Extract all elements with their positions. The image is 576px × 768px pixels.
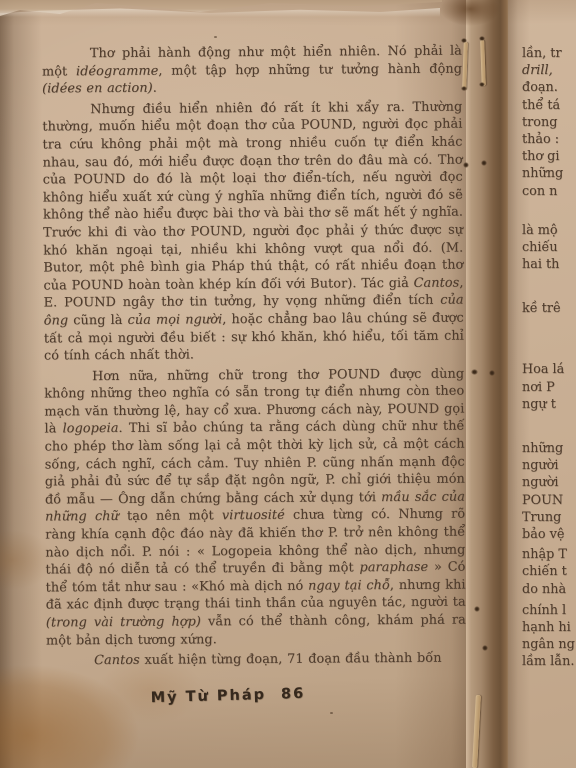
text-segment: , một tập hợp những tư tưởng hành động bbox=[158, 61, 462, 78]
binding-hole bbox=[479, 36, 485, 41]
text-segment: Hoa lá bbox=[522, 362, 564, 377]
text-line: thảo : bbox=[522, 131, 576, 148]
text-line: Hoa lá bbox=[522, 361, 576, 378]
binding-gutter bbox=[466, 0, 510, 768]
text-segment: lầm lẫn. bbox=[522, 654, 574, 669]
text-segment: những bbox=[522, 166, 563, 181]
text-segment: thể tá bbox=[522, 98, 560, 113]
text-line: ngân ng bbox=[522, 636, 576, 653]
binding-hole bbox=[481, 160, 487, 166]
text-line: chiến t bbox=[522, 563, 576, 580]
text-line: thể tá bbox=[522, 97, 576, 114]
paper-speck bbox=[330, 712, 333, 714]
binding-hole bbox=[463, 162, 469, 168]
text-segment: hai th bbox=[522, 257, 559, 272]
text-segment: người bbox=[522, 475, 558, 490]
text-segment: cũng là bbox=[68, 313, 127, 328]
text-segment: . bbox=[153, 81, 157, 96]
text-segment: lần, tr bbox=[522, 46, 562, 61]
text-segment: Nhưng điều hiển nhiên đó rất ít khi xẩy … bbox=[42, 99, 463, 293]
binding-hole bbox=[471, 369, 478, 375]
text-line: hạnh hi bbox=[522, 619, 576, 636]
footer-book-title: Mỹ Từ Pháp bbox=[151, 687, 267, 706]
text-line: người bbox=[522, 457, 576, 474]
book-photo: Thơ phải hành động như một hiển nhiên. N… bbox=[0, 0, 576, 768]
right-page: lần, trdrill,đoạn.thể tátrongthảo :thơ g… bbox=[508, 0, 576, 768]
left-page: Thơ phải hành động như một hiển nhiên. N… bbox=[0, 0, 470, 768]
paper-speck bbox=[62, 158, 64, 160]
text-segment: chiến t bbox=[522, 564, 567, 579]
binding-hole bbox=[489, 370, 495, 376]
italic-text: (trong vài trường hợp) bbox=[46, 614, 201, 630]
binding-hole bbox=[479, 82, 485, 87]
text-line: người bbox=[522, 474, 576, 491]
italic-text: drill, bbox=[522, 63, 553, 78]
italic-text: ngay tại chỗ bbox=[308, 578, 390, 594]
text-line: chính l bbox=[522, 602, 576, 619]
text-line: nhập T bbox=[522, 546, 576, 563]
binding-hole bbox=[482, 645, 488, 651]
text-segment: kề trê bbox=[522, 301, 561, 316]
text-segment: thơ gi bbox=[522, 149, 559, 164]
text-line: thơ gi bbox=[522, 148, 576, 165]
text-segment: chính l bbox=[522, 603, 566, 618]
text-segment: thảo : bbox=[522, 132, 559, 147]
text-segment: chiếu bbox=[522, 240, 558, 255]
text-line: đoạn. bbox=[522, 79, 576, 96]
text-segment: là mộ bbox=[522, 223, 558, 238]
text-segment: những bbox=[522, 441, 563, 456]
italic-text: virtuosité bbox=[222, 508, 285, 523]
text-line: kề trê bbox=[522, 300, 576, 317]
text-line: những bbox=[522, 440, 576, 457]
paragraph: Cantos xuất hiện từng đoạn, 71 đoạn đầu … bbox=[46, 650, 466, 671]
text-segment: ngân ng bbox=[522, 637, 575, 652]
text-line: bảo vệ bbox=[522, 526, 576, 543]
text-segment: tạo nên một bbox=[119, 509, 222, 525]
text-segment: ngự t bbox=[522, 397, 556, 412]
binding-hole bbox=[474, 606, 480, 612]
text-line: trong bbox=[522, 114, 576, 131]
text-segment: nhập T bbox=[522, 547, 567, 562]
text-line: hai th bbox=[522, 256, 576, 273]
italic-text: của mọi người bbox=[128, 312, 223, 328]
left-page-text: Thơ phải hành động như một hiển nhiên. N… bbox=[42, 43, 466, 674]
text-line: ngự t bbox=[522, 396, 576, 413]
text-segment: đoạn. bbox=[522, 80, 558, 95]
text-line: con n bbox=[522, 183, 576, 200]
text-line: lần, tr bbox=[522, 45, 576, 62]
text-line: do nhà bbox=[522, 581, 576, 598]
binding-hole bbox=[461, 86, 467, 91]
paragraph: Thơ phải hành động như một hiển nhiên. N… bbox=[42, 43, 462, 99]
text-line: nơi P bbox=[522, 379, 576, 396]
text-segment: con n bbox=[522, 184, 557, 199]
text-segment: bảo vệ bbox=[522, 527, 564, 542]
text-line: lầm lẫn. bbox=[522, 653, 576, 670]
paper-speck bbox=[128, 470, 130, 472]
text-line: drill, bbox=[522, 62, 576, 79]
footer-page-number: 86 bbox=[281, 686, 306, 703]
paragraph: Hơn nữa, những chữ trong thơ POUND được … bbox=[44, 365, 466, 649]
text-line: những bbox=[522, 165, 576, 182]
text-segment: POUN bbox=[522, 493, 563, 508]
text-line: là mộ bbox=[522, 222, 576, 239]
text-segment: người bbox=[522, 458, 558, 473]
text-segment: do nhà bbox=[522, 582, 566, 597]
right-page-text: lần, trdrill,đoạn.thể tátrongthảo :thơ g… bbox=[522, 45, 576, 670]
italic-text: logopeia bbox=[63, 421, 119, 436]
italic-text: (idées en action) bbox=[42, 81, 153, 97]
page-footer: Mỹ Từ Pháp 86 bbox=[28, 682, 428, 709]
paragraph: Nhưng điều hiển nhiên đó rất ít khi xẩy … bbox=[42, 98, 464, 365]
text-line: chiếu bbox=[522, 239, 576, 256]
italic-text: idéogramme bbox=[76, 63, 158, 79]
text-segment: Trung bbox=[522, 510, 561, 525]
text-segment: xuất hiện từng đoạn, 71 đoạn đầu thành b… bbox=[140, 651, 442, 668]
text-line: Trung bbox=[522, 509, 576, 526]
paper-speck bbox=[214, 36, 217, 38]
text-segment: trong bbox=[522, 115, 557, 130]
text-line: POUN bbox=[522, 492, 576, 509]
italic-text: paraphase bbox=[359, 560, 428, 575]
text-segment: hạnh hi bbox=[522, 620, 571, 635]
italic-text: Cantos bbox=[414, 275, 460, 290]
text-segment: nơi P bbox=[522, 380, 555, 395]
binding-hole bbox=[461, 38, 467, 43]
italic-text: Cantos bbox=[94, 653, 140, 668]
